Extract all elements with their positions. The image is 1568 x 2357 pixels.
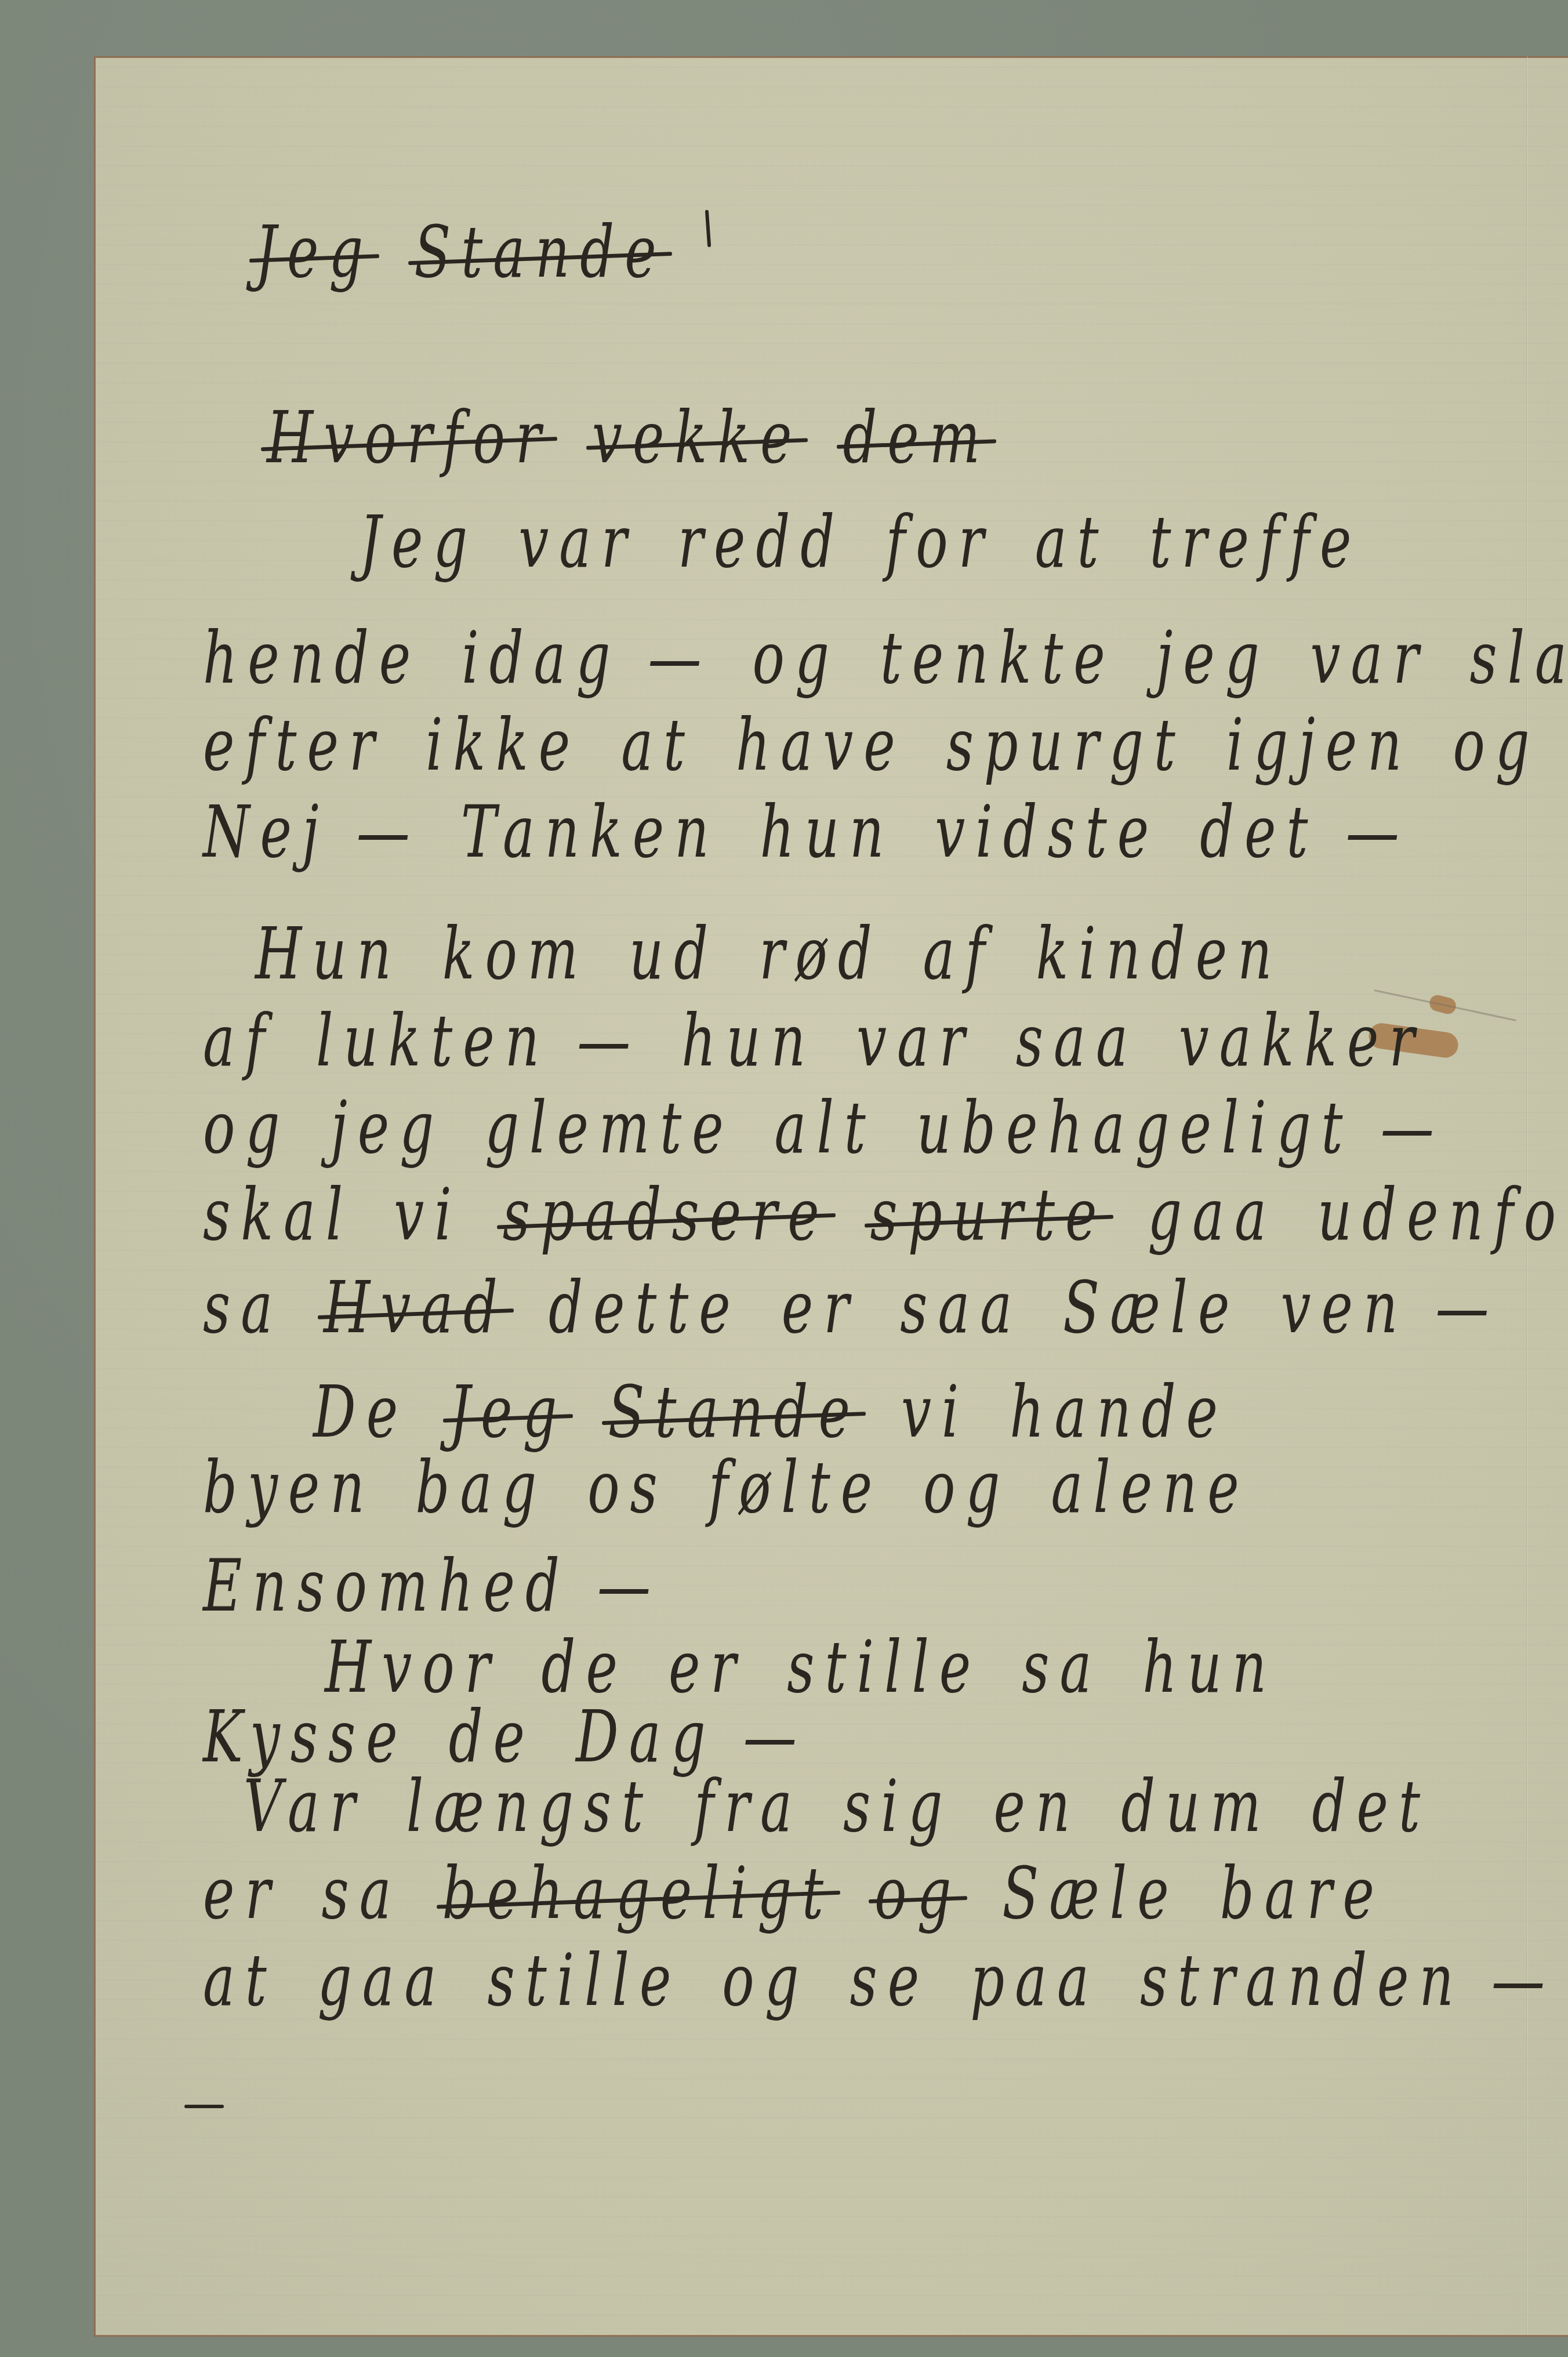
struck-word: vekke (592, 396, 802, 480)
word: redd (678, 501, 845, 584)
word: rød (759, 912, 882, 996)
word: ud (629, 912, 718, 996)
word: byen (203, 1446, 375, 1529)
word: slags (1469, 617, 1568, 700)
struck-word: dem (843, 396, 990, 480)
text-line: atgaastilleogsepaastranden — (203, 1939, 1568, 2022)
word: lukten — (316, 999, 641, 1083)
struck-word: Stande (414, 211, 666, 294)
word: hun (1142, 1626, 1277, 1709)
word: kom (442, 912, 589, 996)
word: alt (775, 1086, 876, 1170)
word: spurgt (946, 704, 1186, 787)
word: Jeg (360, 501, 478, 584)
text-line: byenbagosfølteogalene (203, 1446, 1290, 1529)
word: alene (1051, 1446, 1249, 1529)
word: saa (1016, 999, 1138, 1083)
word: stille (487, 1939, 681, 2022)
word: af (203, 999, 275, 1083)
word: og (722, 1939, 809, 2022)
word: var (518, 501, 637, 584)
struck-word: Jeg (449, 1370, 567, 1454)
word: efter (203, 704, 385, 787)
text-line: Hvorforvekkedem (267, 396, 1031, 480)
word: var (1311, 617, 1429, 700)
word: igjen (1226, 704, 1413, 787)
struck-word: behageligt (442, 1852, 834, 1935)
struck-word: og (874, 1852, 961, 1935)
word: er (203, 1852, 281, 1935)
word: fra (694, 1765, 803, 1848)
word: dum (1121, 1765, 1271, 1848)
word: ven — (1280, 1266, 1499, 1350)
text-line: ersabehageligtogSælebare (203, 1852, 1425, 1935)
text-line: Ensomhed — (203, 1544, 702, 1628)
word: en (993, 1765, 1080, 1848)
word: Sæle (1063, 1266, 1240, 1350)
word: følte (709, 1446, 883, 1529)
text-line: skalvispadserespurtegaaudenfor (203, 1173, 1568, 1257)
word: idag — (462, 617, 712, 700)
word: saa (900, 1266, 1022, 1350)
text-line: JegStande (255, 211, 707, 294)
text-line: Hunkomudrødafkinden (255, 912, 1323, 996)
word: dette (549, 1266, 741, 1350)
text-line: aflukten —hunvarsaavakker (203, 999, 1466, 1083)
word: ubehageligt — (917, 1086, 1444, 1170)
struck-word: spurte (870, 1173, 1108, 1257)
word: udenfor (1317, 1173, 1568, 1257)
word: paa (970, 1939, 1099, 2022)
text-line: hendeidag —ogtenktejegvarslags (203, 617, 1568, 700)
word: vi (901, 1370, 969, 1454)
word: hande (1010, 1370, 1228, 1454)
struck-word: Jeg (255, 211, 373, 294)
word: gaa (318, 1939, 447, 2022)
struck-word: spadsere (503, 1173, 830, 1257)
word: at (1035, 501, 1109, 584)
word: tenkte (880, 617, 1116, 700)
word: sa (321, 1852, 401, 1935)
word: hun (760, 790, 895, 874)
word: sig (843, 1765, 953, 1848)
word: det (1312, 1765, 1431, 1848)
word: glemte (485, 1086, 734, 1170)
word: stranden — (1140, 1939, 1555, 2022)
text-line: DeJegStandevihande (313, 1370, 1269, 1454)
word: skal (203, 1173, 353, 1257)
word: bag (416, 1446, 547, 1529)
word: vi (394, 1173, 462, 1257)
word: kinden (1036, 912, 1282, 996)
word: se (850, 1939, 930, 2022)
word: ikke (426, 704, 580, 787)
word: treffe (1150, 501, 1362, 584)
text-line: Jegvarreddforattreffe (360, 501, 1402, 584)
word: Nej — (203, 790, 420, 874)
word: og (1453, 704, 1540, 787)
word: Hun (255, 912, 402, 996)
word: det — (1200, 790, 1410, 874)
word: Var (244, 1765, 366, 1848)
word: sa (203, 1266, 283, 1350)
word: vakker (1179, 999, 1425, 1083)
text-line: efterikkeathavespurgtigjenog (203, 704, 1568, 787)
word: Tanken (461, 790, 720, 874)
word: af (923, 912, 996, 996)
word: var (856, 999, 975, 1083)
word: længst (406, 1765, 654, 1848)
struck-word: Hvorfor (267, 396, 551, 480)
word: De (313, 1370, 408, 1454)
word: hun (681, 999, 816, 1083)
word: og (203, 1086, 290, 1170)
word: vidste (935, 790, 1159, 874)
word: os (587, 1446, 668, 1529)
word: bare (1220, 1852, 1385, 1935)
struck-word: Hvad (324, 1266, 508, 1350)
closing-dash (184, 2105, 224, 2108)
word: have (736, 704, 906, 787)
word: for (885, 501, 994, 584)
word: Sæle (1002, 1852, 1179, 1935)
struck-word: Stande (608, 1370, 860, 1454)
word: hende (203, 617, 421, 700)
word: gaa (1148, 1173, 1277, 1257)
word: at (621, 704, 695, 787)
word: er (782, 1266, 859, 1350)
word: jeg (331, 1086, 444, 1170)
word: sa (1022, 1626, 1102, 1709)
text-line: saHvaddetteersaaSæleven — (203, 1266, 1540, 1350)
word: at (203, 1939, 277, 2022)
text-line: Nej —Tankenhunvidstedet — (203, 790, 1450, 874)
word: og (923, 1446, 1010, 1529)
text-line: Varlængstfrasigendumdet (244, 1765, 1471, 1848)
text-line: ogjegglemtealtubehageligt — (203, 1086, 1485, 1170)
word: Ensomhed — (203, 1544, 661, 1628)
word: jeg (1156, 617, 1270, 700)
word: og (753, 617, 840, 700)
